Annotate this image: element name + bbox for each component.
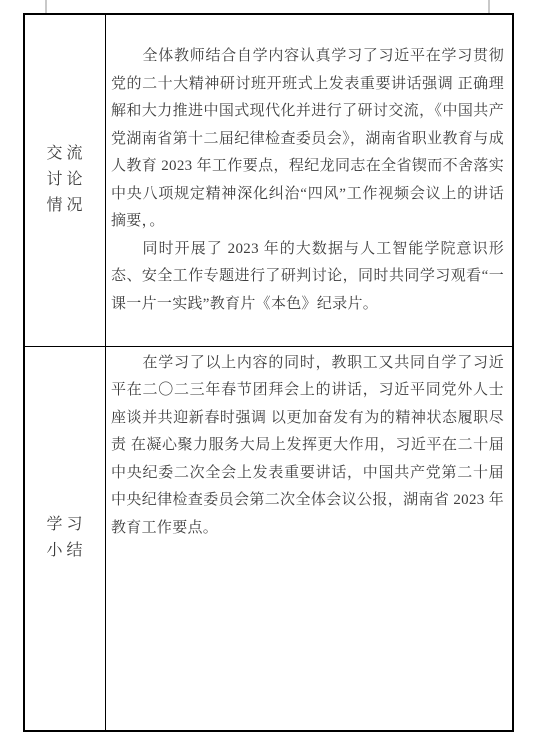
- row-header-line: 情况: [29, 193, 104, 219]
- row-header-line: 交流: [29, 141, 104, 167]
- study-record-table: 交流 讨论 情况 全体教师结合自学内容认真学习了习近平在学习贯彻党的二十大精神研…: [23, 13, 514, 732]
- cropped-row-divider-right: [488, 0, 490, 13]
- cropped-row-divider-left: [45, 0, 47, 13]
- row-header-line: 讨论: [29, 167, 104, 193]
- document-page: { "document": { "table": { "rows": [ { "…: [0, 0, 536, 753]
- row-content-discussion: 全体教师结合自学内容认真学习了习近平在学习贯彻党的二十大精神研讨班开班式上发表重…: [106, 14, 514, 346]
- table-row-summary: 学习 小结 在学习了以上内容的同时，教职工又共同自学了习近平在二〇二三年春节团拜…: [24, 346, 513, 731]
- paragraph: 全体教师结合自学内容认真学习了习近平在学习贯彻党的二十大精神研讨班开班式上发表重…: [111, 43, 504, 236]
- paragraph: 同时开展了 2023 年的大数据与人工智能学院意识形态、安全工作专题进行了研判讨…: [111, 236, 504, 319]
- row-header-line: 小结: [29, 538, 104, 564]
- row-content-summary: 在学习了以上内容的同时，教职工又共同自学了习近平在二〇二三年春节团拜会上的讲话，…: [106, 346, 514, 731]
- row-header-summary: 学习 小结: [24, 346, 106, 731]
- table-row-discussion: 交流 讨论 情况 全体教师结合自学内容认真学习了习近平在学习贯彻党的二十大精神研…: [24, 14, 513, 346]
- paragraph: 在学习了以上内容的同时，教职工又共同自学了习近平在二〇二三年春节团拜会上的讲话，…: [111, 350, 504, 543]
- row-header-discussion: 交流 讨论 情况: [24, 14, 106, 346]
- row-header-line: 学习: [29, 512, 104, 538]
